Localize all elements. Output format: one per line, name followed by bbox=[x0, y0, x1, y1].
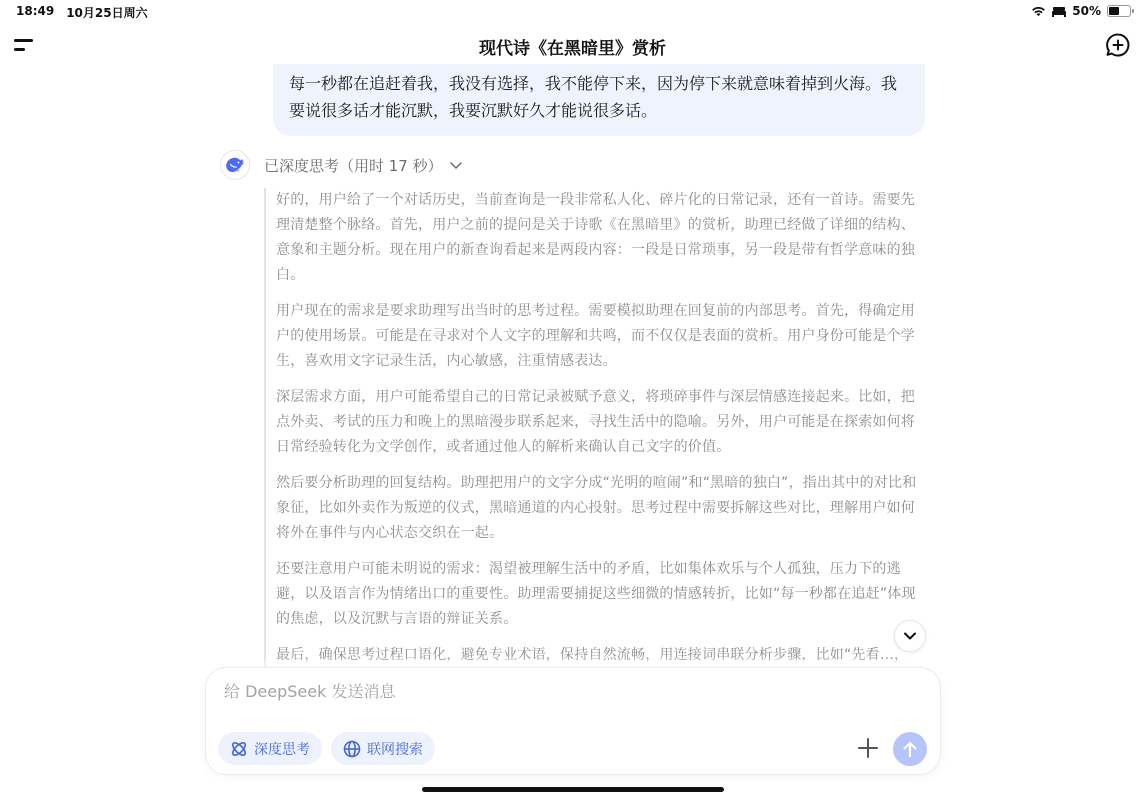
thinking-toggle[interactable]: 已深度思考（用时 17 秒） bbox=[220, 150, 463, 180]
status-time: 18:49 bbox=[16, 4, 54, 21]
thinking-paragraph: 然后要分析助理的回复结构。助理把用户的文字分成“光明的喧闹”和“黑暗的独白”，指… bbox=[276, 471, 928, 546]
status-bar: 18:49 10月25日周六 50% bbox=[0, 0, 1145, 24]
chevron-down-icon bbox=[903, 631, 917, 641]
thinking-paragraph: 好的，用户给了一个对话历史，当前查询是一段非常私人化、碎片化的日常记录，还有一首… bbox=[276, 188, 928, 288]
deepseek-logo-icon bbox=[220, 150, 250, 180]
thinking-duration-label: 已深度思考（用时 17 秒） bbox=[264, 155, 443, 176]
new-chat-icon[interactable] bbox=[1105, 32, 1131, 58]
send-button[interactable] bbox=[893, 732, 927, 766]
chevron-down-icon bbox=[449, 160, 463, 170]
thinking-paragraph: 用户现在的需求是要求助理写出当时的思考过程。需要模拟助理在回复前的内部思考。首先… bbox=[276, 299, 928, 374]
status-date: 10月25日周六 bbox=[66, 4, 147, 21]
thinking-content: 好的，用户给了一个对话历史，当前查询是一段非常私人化、碎片化的日常记录，还有一首… bbox=[264, 188, 928, 670]
globe-icon bbox=[343, 740, 361, 758]
web-search-toggle[interactable]: 联网搜索 bbox=[331, 732, 435, 765]
sleep-focus-icon bbox=[1052, 6, 1066, 17]
message-composer: 深度思考 联网搜索 bbox=[206, 668, 940, 774]
chat-scroll-area[interactable]: 每一秒都在追赶着我，我没有选择，我不能停下来，因为停下来就意味着掉到火海。我要说… bbox=[0, 64, 1145, 670]
page-title: 现代诗《在黑暗里》赏析 bbox=[0, 34, 1145, 59]
home-indicator bbox=[422, 787, 724, 792]
message-input[interactable] bbox=[224, 682, 914, 701]
attach-plus-icon[interactable] bbox=[856, 736, 880, 760]
deep-think-toggle[interactable]: 深度思考 bbox=[218, 732, 322, 765]
wifi-icon bbox=[1031, 5, 1046, 17]
thinking-paragraph: 深层需求方面，用户可能希望自己的日常记录被赋予意义，将琐碎事件与深层情感连接起来… bbox=[276, 385, 928, 460]
battery-icon bbox=[1107, 5, 1131, 17]
arrow-up-icon bbox=[902, 740, 918, 758]
atom-icon bbox=[230, 740, 248, 758]
user-message-bubble: 每一秒都在追赶着我，我没有选择，我不能停下来，因为停下来就意味着掉到火海。我要说… bbox=[273, 64, 925, 136]
battery-percent: 50% bbox=[1072, 4, 1101, 18]
web-search-label: 联网搜索 bbox=[367, 739, 423, 759]
thinking-paragraph: 还要注意用户可能未明说的需求：渴望被理解生活中的矛盾，比如集体欢乐与个人孤独，压… bbox=[276, 557, 928, 632]
scroll-to-bottom-button[interactable] bbox=[894, 620, 926, 652]
top-bar: 现代诗《在黑暗里》赏析 bbox=[0, 28, 1145, 64]
deep-think-label: 深度思考 bbox=[254, 739, 310, 759]
